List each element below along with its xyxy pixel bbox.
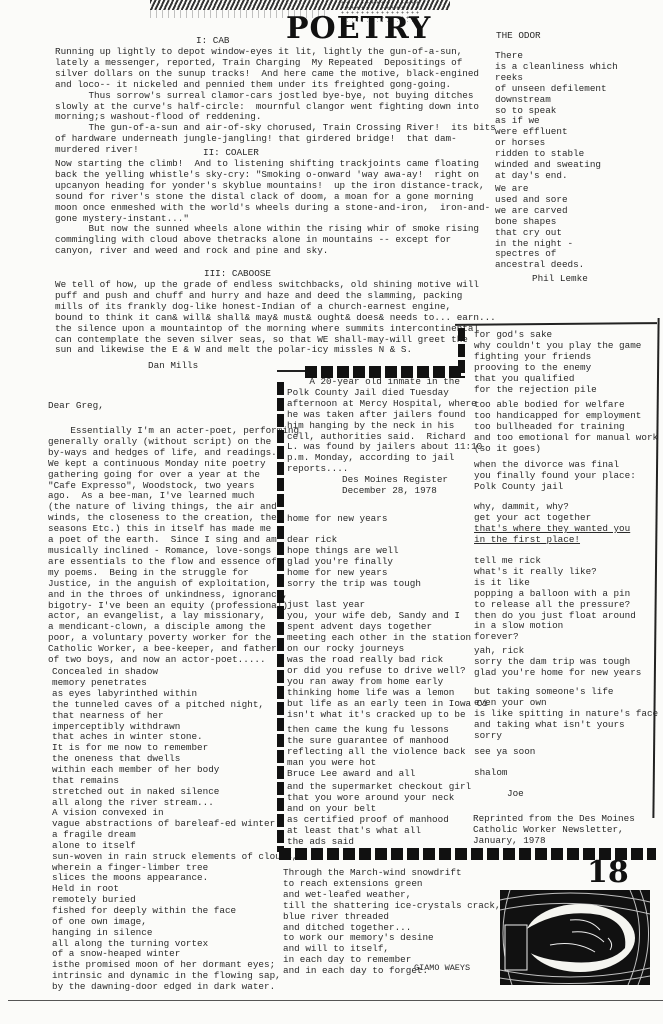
shadow-poem-stanza-2: It is for me now to remember the oneness… xyxy=(52,743,219,808)
frame-right-border xyxy=(652,318,659,818)
rick-poem-col2-6: yah, rick sorry the dam trip was tough g… xyxy=(474,646,641,679)
odor-stanza-1: There is a cleanliness which reeks of un… xyxy=(495,51,618,182)
frame-top-border xyxy=(455,322,657,326)
page-number: 18 xyxy=(587,858,629,888)
rick-poem-col2-4: why, dammit, why? get your act together xyxy=(474,502,591,524)
news-clip-date: December 28, 1978 xyxy=(342,486,437,497)
author-giamo-waeys: GIAMO WAEYS xyxy=(414,963,470,974)
author-dan-mills: Dan Mills xyxy=(148,361,198,372)
shadow-poem-stanza-1: Concealed in shadow memory penetrates as… xyxy=(52,667,264,743)
letter-salutation: Dear Greg, xyxy=(48,401,104,412)
cab-part2-text: Now starting the climb! And to listening… xyxy=(55,159,490,257)
cab-part1-text: Running up lightly to depot window-eyes … xyxy=(55,47,496,156)
rick-poem-col2-9: shalom xyxy=(474,768,507,779)
odor-stanza-2: We are used and sore we are carved bone … xyxy=(495,184,584,271)
rick-poem-underlined: that's where they wanted you in the firs… xyxy=(474,524,630,546)
rick-poem-col1-1: home for new years xyxy=(287,514,387,525)
snowdrift-poem: Through the March-wind snowdrift to reac… xyxy=(283,868,501,977)
news-clip-text: A 20-year old inmate in the Polk County … xyxy=(287,377,482,475)
rick-poem-col1-3: just last year you, your wife deb, Sandy… xyxy=(287,600,471,655)
rick-poem-col2-5: tell me rick what's it really like? is i… xyxy=(474,556,636,643)
author-joe: Joe xyxy=(507,789,524,800)
woodcut-fist-icon xyxy=(500,890,650,985)
bottom-rule xyxy=(8,1000,663,1001)
frame-left-blocks xyxy=(277,382,284,852)
reprint-note: Reprinted from the Des Moines Catholic W… xyxy=(473,814,635,847)
odor-title: THE ODOR xyxy=(496,31,541,42)
rick-poem-col2-3: when the divorce was final you finally f… xyxy=(474,460,636,493)
cab-part3-text: We tell of how, up the grade of endless … xyxy=(55,280,496,356)
rick-poem-col2-8: see ya soon xyxy=(474,747,535,758)
author-phil-lemke: Phil Lemke xyxy=(532,274,588,285)
shadow-poem-stanza-4: Held in root remotely buried fished for … xyxy=(52,884,281,993)
page-title: POETRY xyxy=(286,14,431,44)
rick-poem-col1-2: dear rick hope things are well glad you'… xyxy=(287,535,421,590)
rick-poem-col1-6: and the supermarket checkout girl that y… xyxy=(287,782,471,847)
shadow-poem-stanza-3: A vision convexed in vague abstractions … xyxy=(52,808,297,884)
rick-poem-col1-5: then came the kung fu lessons the sure g… xyxy=(287,725,466,780)
rick-poem-col2-7: but taking someone's life even your own … xyxy=(474,687,658,742)
rick-poem-col1-4: was the road really bad rick or did you … xyxy=(287,655,488,720)
rick-poem-col2-1: for god's sake why couldn't you play the… xyxy=(474,330,641,395)
letter-body: Essentially I'm an acter-poet, performin… xyxy=(48,426,299,666)
rick-poem-col2-2: too able bodied for welfare too handicap… xyxy=(474,400,658,455)
